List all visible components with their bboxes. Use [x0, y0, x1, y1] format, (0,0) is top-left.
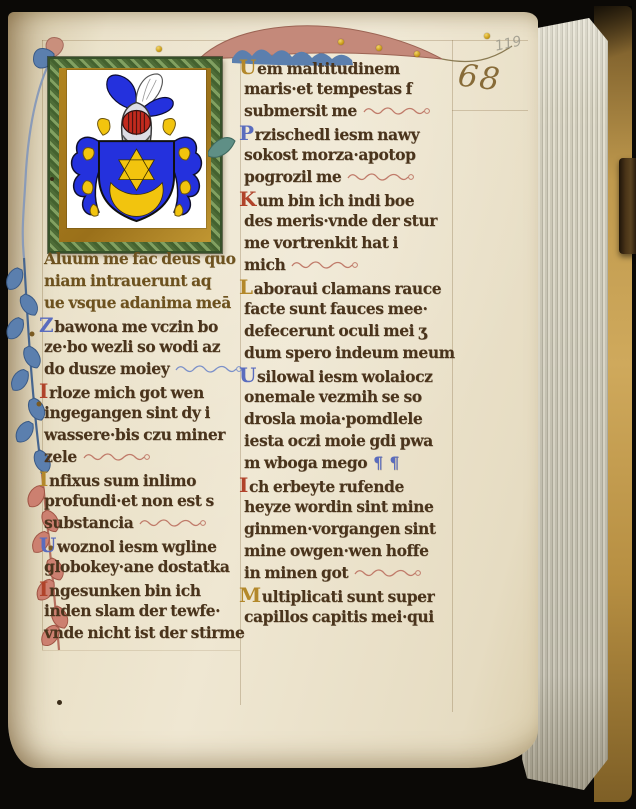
- line-text: profundi·et non est s: [44, 491, 214, 510]
- book-clasp: [619, 158, 636, 254]
- text-line: wassere·bis czu miner: [44, 424, 238, 446]
- text-line: Usilowal iesm wolaiocz: [244, 364, 459, 386]
- penwork-flourish: [174, 363, 244, 375]
- text-line: ze·bo wezli so wodi az: [44, 336, 238, 358]
- frame-side-tendril: [208, 132, 238, 166]
- illuminated-initial: I: [39, 577, 48, 601]
- text-line: Irloze mich got wen: [44, 380, 238, 402]
- line-text: do dusze moiey: [44, 359, 169, 378]
- illuminated-initial: U: [39, 533, 56, 557]
- text-line: profundi·et non est s: [44, 490, 238, 512]
- penwork-flourish: [82, 451, 152, 463]
- text-line: inden slam der tewfe·: [44, 600, 238, 622]
- line-text: nfixus sum inlimo: [49, 471, 196, 490]
- wormhole: [57, 700, 62, 705]
- line-text: drosla moia·pomdlele: [244, 409, 422, 428]
- penwork-flourish: [362, 105, 432, 117]
- folio-number: 68: [456, 57, 504, 98]
- line-text: woznol iesm wgline: [57, 537, 217, 556]
- text-line: Ingesunken bin ich: [44, 578, 238, 600]
- gold-dot: [484, 33, 490, 39]
- text-line: submersit me: [244, 100, 459, 122]
- line-text: pogrozil me: [244, 167, 341, 186]
- text-line: globokey·ane dostatka: [44, 556, 238, 578]
- line-text: des meris·vnde der stur: [244, 211, 437, 230]
- line-text: facte sunt fauces mee·: [244, 299, 428, 318]
- text-line: des meris·vnde der stur: [244, 210, 459, 232]
- line-text: mine owgen·wen hoffe: [244, 541, 429, 560]
- line-text: ngesunken bin ich: [49, 581, 201, 600]
- line-text: heyze wordin sint mine: [244, 497, 434, 516]
- text-line: Zbawona me vczin bo: [44, 314, 238, 336]
- text-line: dum spero indeum meum: [244, 342, 459, 364]
- text-line: facte sunt fauces mee·: [244, 298, 459, 320]
- penwork-flourish: [138, 517, 208, 529]
- text-line: sokost morza·apotop: [244, 144, 459, 166]
- text-column-right: Uem maltitudinemmaris·et tempestas fsubm…: [244, 56, 459, 628]
- text-line: mich: [244, 254, 459, 276]
- text-line: heyze wordin sint mine: [244, 496, 459, 518]
- illuminated-initial: I: [39, 467, 48, 491]
- line-text: defecerunt oculi mei ʒ: [244, 321, 427, 340]
- text-line: niam intrauerunt aq: [44, 270, 238, 292]
- illuminated-initial: P: [239, 121, 254, 145]
- text-line: Przischedl iesm nawy: [244, 122, 459, 144]
- gold-dot: [338, 39, 344, 45]
- line-text: ch erbeyte rufende: [249, 477, 404, 496]
- line-text: rloze mich got wen: [49, 383, 204, 402]
- text-line: do dusze moiey: [44, 358, 238, 380]
- text-line: Uem maltitudinem: [244, 56, 459, 78]
- text-line: zele: [44, 446, 238, 468]
- line-text: ginmen·vorgangen sint: [244, 519, 436, 538]
- coat-of-arms-image: [67, 70, 206, 228]
- text-line: Kum bin ich indi boe: [244, 188, 459, 210]
- line-text: um bin ich indi boe: [257, 191, 414, 210]
- text-line: drosla moia·pomdlele: [244, 408, 459, 430]
- illuminated-initial: U: [239, 55, 256, 79]
- line-text: vnde nicht ist der stirme: [44, 623, 244, 642]
- text-line: m wboga mego¶ ¶: [244, 452, 459, 474]
- illuminated-initial: M: [239, 583, 261, 607]
- line-text: zele: [44, 447, 77, 466]
- text-line: pogrozil me: [244, 166, 459, 188]
- text-column-left: Aluum me fac deus quoniam intrauerunt aq…: [44, 248, 238, 644]
- line-text: bawona me vczin bo: [54, 317, 218, 336]
- gold-dot: [156, 46, 162, 52]
- line-text: ultiplicati sunt super: [262, 587, 435, 606]
- ruling-line: [452, 110, 528, 111]
- line-text: m wboga mego: [244, 453, 367, 472]
- line-text: me vortrenkit hat i: [244, 233, 398, 252]
- line-text: niam intrauerunt aq: [44, 271, 211, 290]
- illuminated-initial: I: [239, 473, 248, 497]
- line-text: inden slam der tewfe·: [44, 601, 220, 620]
- line-text: in minen got: [244, 563, 348, 582]
- line-text: ze·bo wezli so wodi az: [44, 337, 220, 356]
- line-text: ingegangen sint dy i: [44, 403, 210, 422]
- line-text: globokey·ane dostatka: [44, 557, 229, 576]
- line-text: dum spero indeum meum: [244, 343, 455, 362]
- line-text: iesta oczi moie gdi pwa: [244, 431, 433, 450]
- illuminated-initial: Z: [39, 313, 53, 337]
- illuminated-initial: K: [239, 187, 256, 211]
- text-line: ingegangen sint dy i: [44, 402, 238, 424]
- line-text: submersit me: [244, 101, 357, 120]
- text-line: Infixus sum inlimo: [44, 468, 238, 490]
- text-line: defecerunt oculi mei ʒ: [244, 320, 459, 342]
- line-text: Aluum me fac deus quo: [44, 249, 236, 268]
- paragraph-marks: ¶ ¶: [373, 453, 400, 472]
- text-line: substancia: [44, 512, 238, 534]
- text-line: Multiplicati sunt super: [244, 584, 459, 606]
- text-line: maris·et tempestas f: [244, 78, 459, 100]
- text-line: ginmen·vorgangen sint: [244, 518, 459, 540]
- wormhole: [50, 177, 54, 181]
- illuminated-initial: L: [239, 275, 253, 299]
- line-text: em maltitudinem: [257, 59, 400, 78]
- gold-dot: [376, 45, 382, 51]
- text-line: Uwoznol iesm wgline: [44, 534, 238, 556]
- text-line: ue vsque adanima meā: [44, 292, 238, 314]
- text-line: vnde nicht ist der stirme: [44, 622, 238, 644]
- penwork-flourish: [346, 171, 416, 183]
- line-text: capillos capitis mei·qui: [244, 607, 434, 626]
- line-text: wassere·bis czu miner: [44, 425, 225, 444]
- text-line: Laboraui clamans rauce: [244, 276, 459, 298]
- line-text: onemale vezmih se so: [244, 387, 422, 406]
- text-line: Aluum me fac deus quo: [44, 248, 238, 270]
- text-line: capillos capitis mei·qui: [244, 606, 459, 628]
- line-text: silowal iesm wolaiocz: [257, 367, 432, 386]
- illuminated-initial: I: [39, 379, 48, 403]
- penwork-flourish: [290, 259, 360, 271]
- manuscript-photo: 119 68 Aluum me fac deus quoniam intraue…: [0, 0, 636, 809]
- line-text: maris·et tempestas f: [244, 79, 412, 98]
- text-line: iesta oczi moie gdi pwa: [244, 430, 459, 452]
- text-line: Ich erbeyte rufende: [244, 474, 459, 496]
- text-line: me vortrenkit hat i: [244, 232, 459, 254]
- line-text: rzischedl iesm nawy: [255, 125, 420, 144]
- seed-pod: [30, 332, 35, 337]
- line-text: aboraui clamans rauce: [254, 279, 442, 298]
- line-text: substancia: [44, 513, 133, 532]
- text-line: onemale vezmih se so: [244, 386, 459, 408]
- text-line: mine owgen·wen hoffe: [244, 540, 459, 562]
- line-text: mich: [244, 255, 285, 274]
- tendril-leaf: [208, 138, 235, 158]
- illuminated-initial: U: [239, 363, 256, 387]
- line-text: sokost morza·apotop: [244, 145, 416, 164]
- text-line: in minen got: [244, 562, 459, 584]
- penwork-flourish: [353, 567, 423, 579]
- line-text: ue vsque adanima meā: [44, 293, 231, 312]
